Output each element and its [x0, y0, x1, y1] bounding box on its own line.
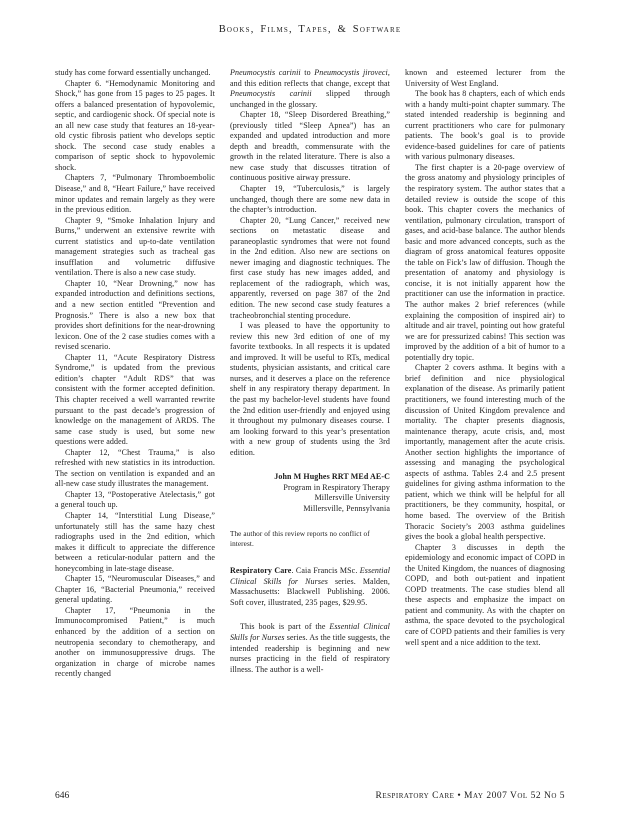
paragraph: I was pleased to have the opportunity to… [230, 321, 390, 458]
reviewer-name: John M Hughes RRT MEd AE-C [230, 472, 390, 483]
paragraph: Chapter 20, “Lung Cancer,” received new … [230, 216, 390, 321]
text-run: Chapter 17, “Pneumonia in the Immunocomp… [55, 606, 215, 678]
paragraph: Chapter 3 discusses in depth the epidemi… [405, 543, 565, 648]
paragraph: Chapter 2 covers asthma. It begins with … [405, 363, 565, 542]
text-run: Chapter 3 discusses in depth the epidemi… [405, 543, 565, 647]
paragraph: known and esteemed lecturer from the Uni… [405, 68, 565, 89]
paragraph: Chapter 15, “Neuromuscular Diseases,” an… [55, 574, 215, 606]
paragraph: Pneumocystis carinii to Pneumocystis jir… [230, 68, 390, 110]
paragraph: Chapter 6. “Hemodynamic Monitoring and S… [55, 79, 215, 174]
column-2: Pneumocystis carinii to Pneumocystis jir… [230, 68, 390, 680]
page-footer: 646 Respiratory Care • May 2007 Vol 52 N… [55, 791, 565, 801]
text-run: to [301, 68, 314, 77]
book-citation: Respiratory Care. Caia Francis MSc. Esse… [230, 566, 390, 608]
text-run: The author of this review reports no con… [230, 530, 370, 547]
text-run: Chapter 15, “Neuromuscular Diseases,” an… [55, 574, 215, 604]
paragraph: Chapter 10, “Near Drowning,” now has exp… [55, 279, 215, 353]
text-run: John M Hughes RRT MEd AE-C [274, 472, 390, 481]
text-run: Chapter 9, “Smoke Inhalation Injury and … [55, 216, 215, 278]
text-run: Chapter 12, “Chest Trauma,” is also refr… [55, 448, 215, 489]
reviewer-institution: Millersville University [230, 493, 390, 504]
text-run: Chapter 20, “Lung Cancer,” received new … [230, 216, 390, 320]
text-run: known and esteemed lecturer from the Uni… [405, 68, 565, 88]
paragraph: Chapter 14, “Interstitial Lung Disease,”… [55, 511, 215, 574]
text-run: Program in Respiratory Therapy [283, 483, 390, 492]
text-run: Chapter 18, “Sleep Disordered Breathing,… [230, 110, 390, 182]
text-run: This book is part of the [240, 622, 329, 631]
text-run: Pneumocystis carinii [230, 89, 312, 98]
text-run: The book has 8 chapters, each of which e… [405, 89, 565, 161]
paragraph: Chapter 9, “Smoke Inhalation Injury and … [55, 216, 215, 279]
article-body: study has come forward essentially uncha… [55, 68, 565, 680]
paragraph: The first chapter is a 20-page overview … [405, 163, 565, 363]
text-run: Chapter 13, “Postoperative Atelectasis,”… [55, 490, 215, 510]
reviewer-affiliation: Program in Respiratory Therapy [230, 483, 390, 494]
text-run: Chapters 7, “Pulmonary Thromboembolic Di… [55, 173, 215, 214]
text-run: Chapter 2 covers asthma. It begins with … [405, 363, 565, 541]
paragraph: Chapter 17, “Pneumonia in the Immunocomp… [55, 606, 215, 680]
paragraph: Chapter 13, “Postoperative Atelectasis,”… [55, 490, 215, 511]
paragraph: Chapter 12, “Chest Trauma,” is also refr… [55, 448, 215, 490]
text-run: Respiratory Care [230, 566, 291, 575]
journal-citation: Respiratory Care • May 2007 Vol 52 No 5 [376, 791, 565, 801]
paragraph: This book is part of the Essential Clini… [230, 622, 390, 675]
text-run: Chapter 11, “Acute Respiratory Distress … [55, 353, 215, 446]
page-number: 646 [55, 791, 69, 801]
paragraph: Chapter 11, “Acute Respiratory Distress … [55, 353, 215, 448]
paragraph: Chapter 18, “Sleep Disordered Breathing,… [230, 110, 390, 184]
paragraph: Chapters 7, “Pulmonary Thromboembolic Di… [55, 173, 215, 215]
column-3: known and esteemed lecturer from the Uni… [405, 68, 565, 680]
text-run: Pneumocystis jiroveci [314, 68, 388, 77]
text-run: Chapter 19, “Tuberculosis,” is largely u… [230, 184, 390, 214]
text-run: . Caia Francis MSc. [291, 566, 359, 575]
text-run: Millersville, Pennsylvania [303, 504, 390, 513]
conflict-of-interest-note: The author of this review reports no con… [230, 530, 390, 549]
column-1: study has come forward essentially uncha… [55, 68, 215, 680]
paragraph: Chapter 19, “Tuberculosis,” is largely u… [230, 184, 390, 216]
text-run: Chapter 6. “Hemodynamic Monitoring and S… [55, 79, 215, 172]
text-run: Chapter 14, “Interstitial Lung Disease,”… [55, 511, 215, 573]
text-run: Chapter 10, “Near Drowning,” now has exp… [55, 279, 215, 351]
reviewer-location: Millersville, Pennsylvania [230, 504, 390, 515]
text-run: The first chapter is a 20-page overview … [405, 163, 565, 362]
text-run: Millersville University [315, 493, 390, 502]
text-run: Pneumocystis carinii [230, 68, 301, 77]
journal-page: Books, Films, Tapes, & Software study ha… [0, 0, 620, 830]
text-run: I was pleased to have the opportunity to… [230, 321, 390, 457]
paragraph: study has come forward essentially uncha… [55, 68, 215, 79]
running-head: Books, Films, Tapes, & Software [0, 24, 620, 35]
paragraph: The book has 8 chapters, each of which e… [405, 89, 565, 163]
text-run: study has come forward essentially uncha… [55, 68, 211, 77]
